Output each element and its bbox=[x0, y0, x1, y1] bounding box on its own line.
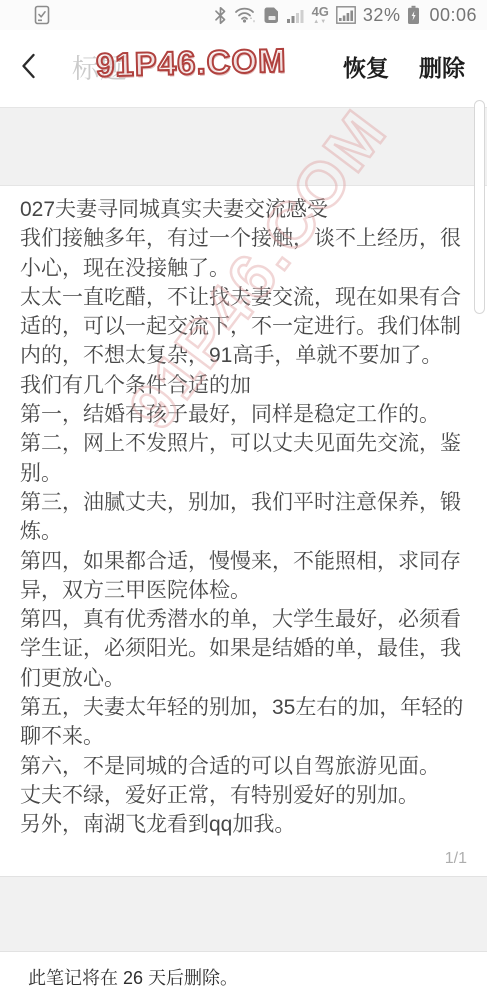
note-paragraph: 第二，网上不发照片，可以丈夫见面先交流，鉴别。 bbox=[20, 429, 470, 488]
deletion-notice: 此笔记将在 26 天后删除。 bbox=[28, 964, 238, 990]
battery-percent-label: 32% bbox=[363, 5, 401, 26]
footer-bar: 此笔记将在 26 天后删除。 bbox=[0, 953, 487, 1000]
chevron-left-icon bbox=[20, 52, 37, 80]
page-indicator: 1/1 bbox=[445, 850, 467, 868]
signal-bars-icon bbox=[287, 7, 305, 24]
note-paragraph: 第六，不是同城的合适的可以自驾旅游见面。 bbox=[20, 752, 470, 781]
bluetooth-icon bbox=[214, 6, 227, 25]
delete-button[interactable]: 删除 bbox=[419, 50, 465, 83]
note-paragraph: 太太一直吃醋，不让找夫妻交流，现在如果有合适的，可以一起交流下，不一定进行。我们… bbox=[20, 283, 470, 371]
signal-bars-boxed-icon bbox=[336, 6, 356, 24]
scrollbar[interactable] bbox=[474, 100, 485, 314]
attachment-band bbox=[0, 107, 487, 186]
note-paragraph: 我们有几个条件合适的加 bbox=[20, 371, 470, 400]
note-paragraph: 第四，如果都合适，慢慢来，不能照相，求同存异，双方三甲医院体检。 bbox=[20, 547, 470, 606]
note-content[interactable]: 027夫妻寻同城真实夫妻交流感受我们接触多年，有过一个接触，谈不上经历，很小心，… bbox=[0, 189, 487, 840]
title-placeholder[interactable]: 标题 bbox=[72, 47, 128, 86]
note-paragraph: 我们接触多年，有过一个接触，谈不上经历，很小心，现在没接触了。 bbox=[20, 224, 470, 283]
bottom-band bbox=[0, 876, 487, 952]
network-4g-label: 4G bbox=[312, 5, 329, 18]
battery-charging-icon bbox=[407, 5, 420, 25]
note-paragraph: 另外，南湖飞龙看到qq加我。 bbox=[20, 810, 470, 839]
task-check-icon bbox=[34, 5, 50, 25]
sim-card-icon bbox=[264, 6, 280, 24]
wifi-icon bbox=[234, 6, 257, 25]
network-activity-arrows: ▲▼ bbox=[313, 19, 327, 25]
clock-label: 00:06 bbox=[429, 5, 477, 26]
note-paragraph: 丈夫不绿，爱好正常，有特别爱好的别加。 bbox=[20, 781, 470, 810]
note-paragraph: 027夫妻寻同城真实夫妻交流感受 bbox=[20, 195, 470, 224]
note-header: 标题 恢复 删除 bbox=[0, 30, 487, 102]
back-button[interactable] bbox=[20, 51, 46, 81]
note-paragraph: 第五，夫妻太年轻的别加，35左右的加，年轻的聊不来。 bbox=[20, 693, 470, 752]
note-paragraph: 第三，油腻丈夫，别加，我们平时注意保养，锻炼。 bbox=[20, 488, 470, 547]
note-paragraph: 第一，结婚有孩子最好，同样是稳定工作的。 bbox=[20, 400, 470, 429]
note-paragraph: 第四，真有优秀潜水的单，大学生最好，必须看学生证，必须阳光。如果是结婚的单，最佳… bbox=[20, 605, 470, 693]
restore-button[interactable]: 恢复 bbox=[343, 50, 389, 83]
network-4g-indicator: 4G ▲▼ bbox=[312, 5, 329, 25]
status-bar: 4G ▲▼ 32% 00:06 bbox=[0, 0, 487, 30]
